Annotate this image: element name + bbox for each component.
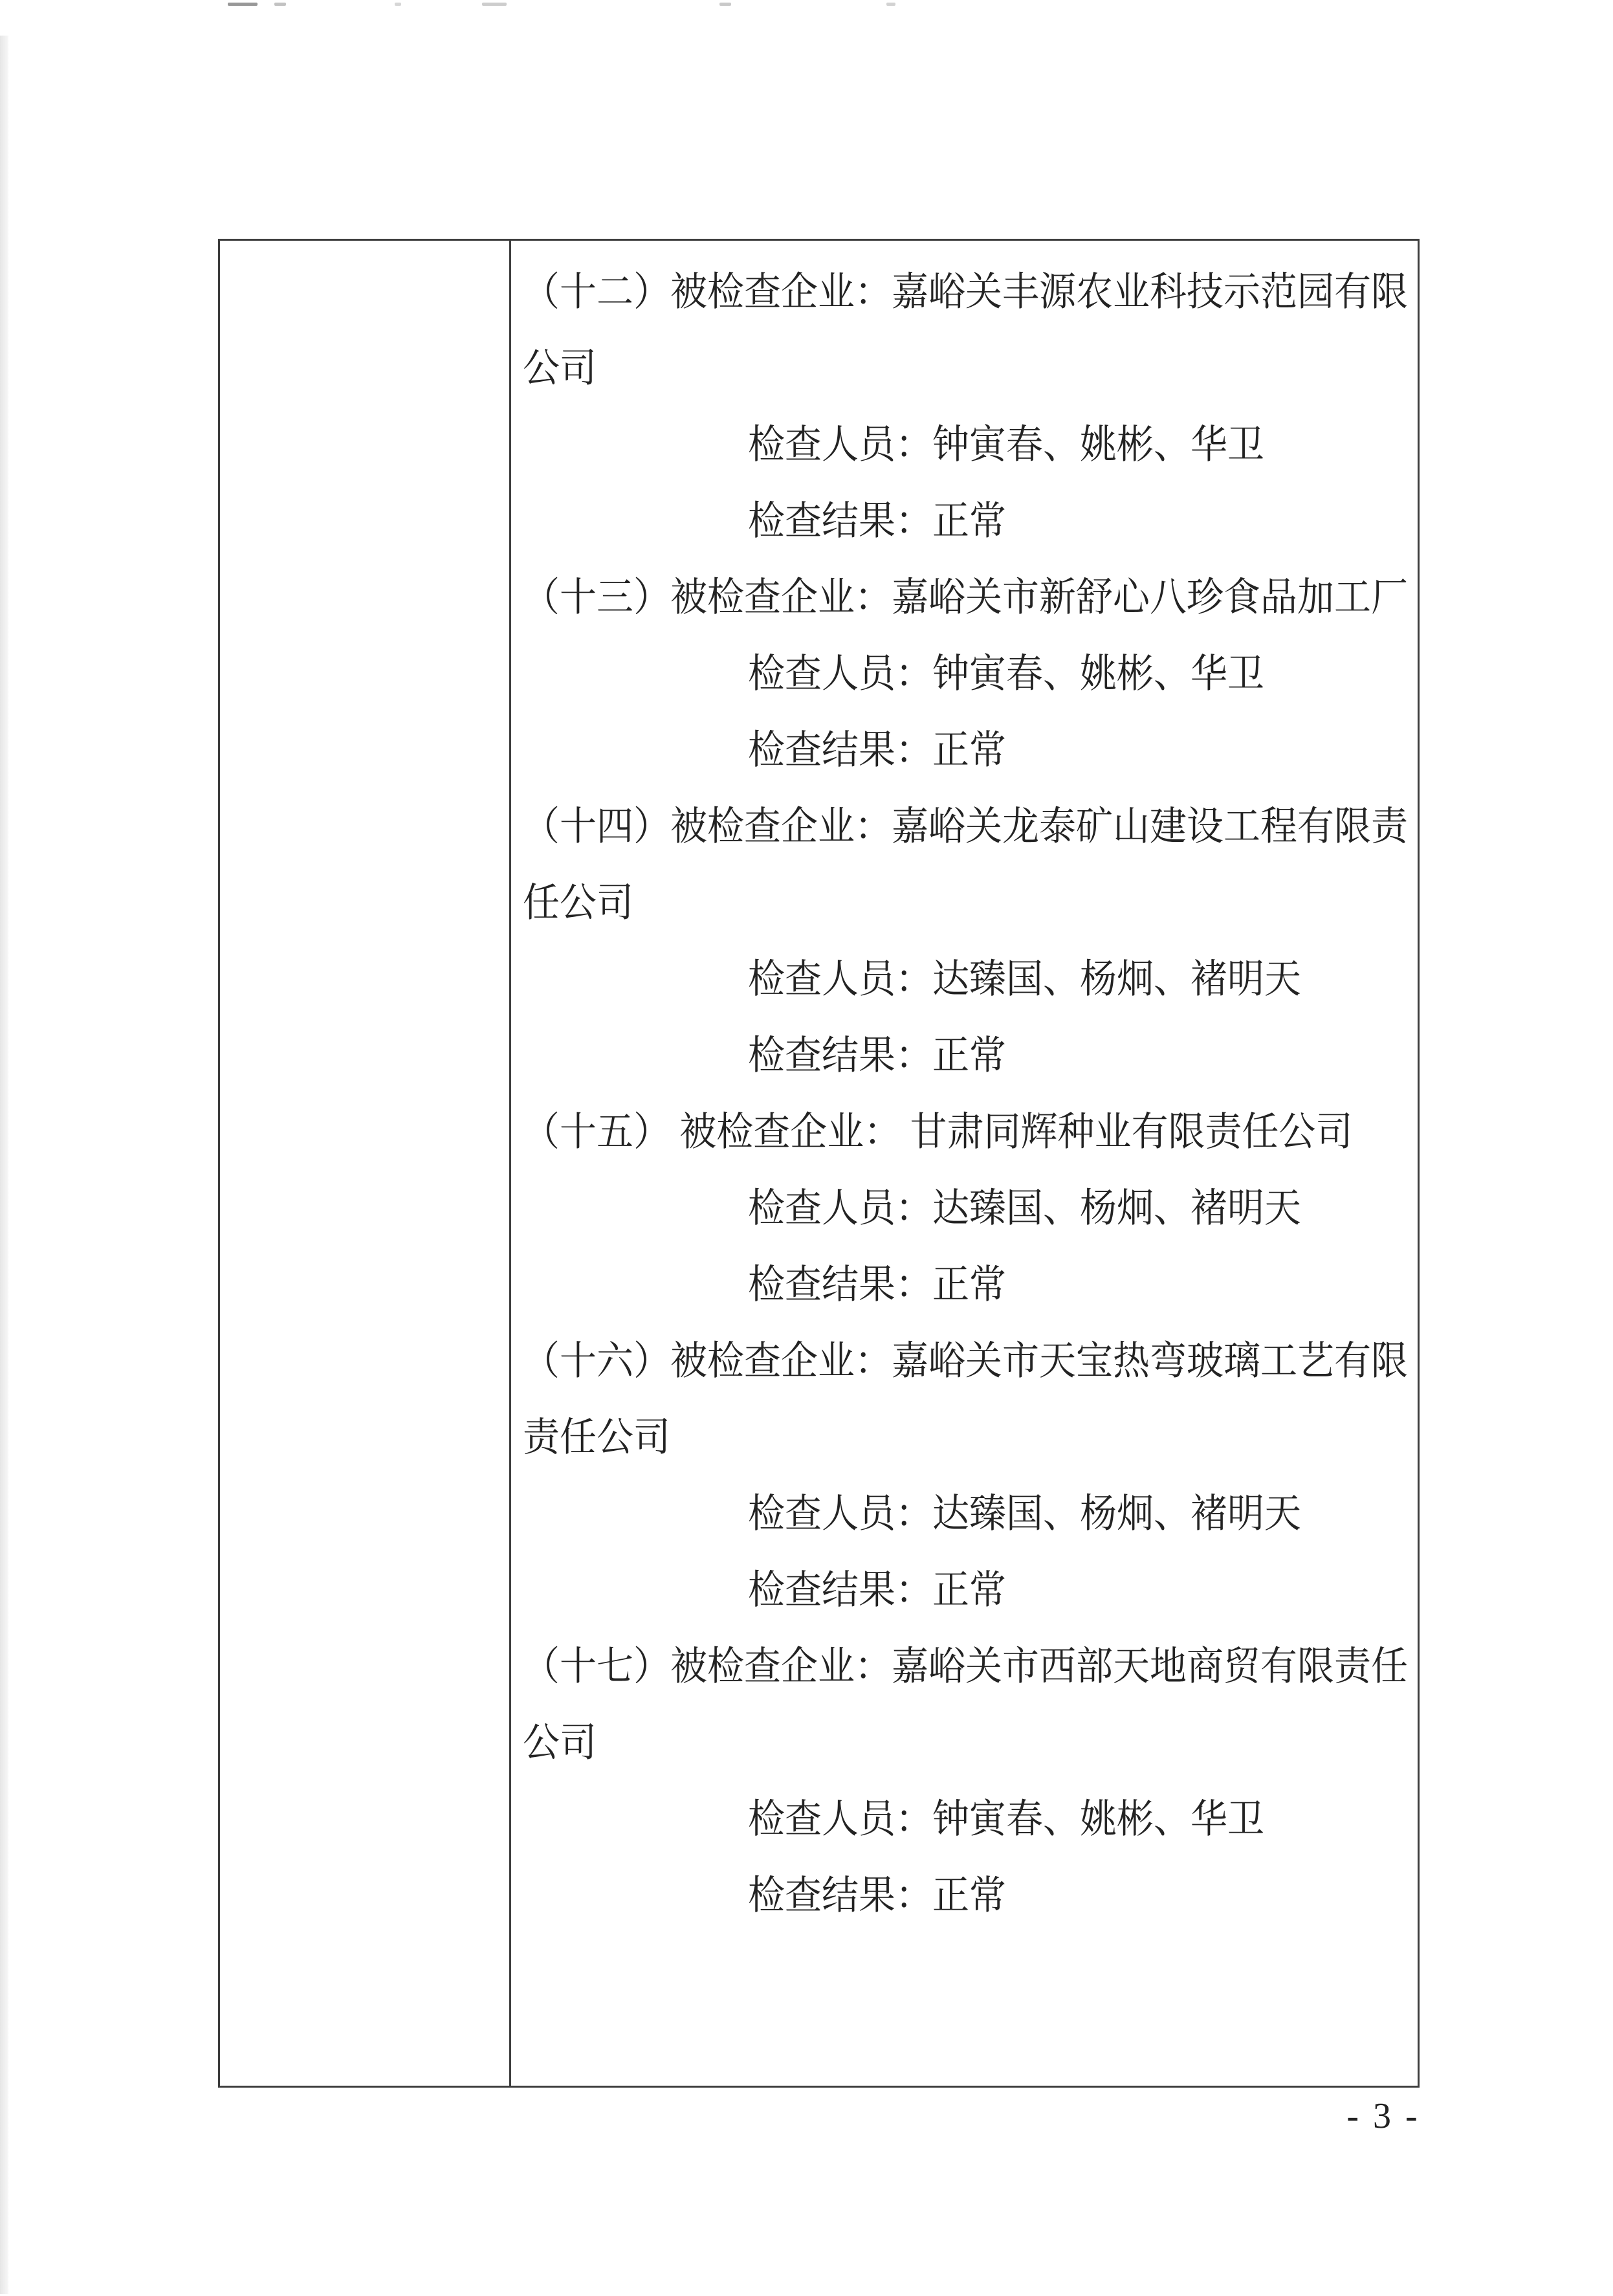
document-page: （十二）被检查企业：嘉峪关丰源农业科技示范园有限公司检查人员：钟寅春、姚彬、华卫… — [0, 0, 1613, 2296]
detail-line: 检查结果：正常 — [523, 1855, 1418, 1937]
detail-line: 检查人员：钟寅春、姚彬、华卫 — [523, 404, 1418, 486]
detail-line: 检查人员：达臻国、杨炯、褚明天 — [523, 1167, 1418, 1250]
entry-line: （十三）被检查企业：嘉峪关市新舒心八珍食品加工厂 — [523, 557, 1418, 639]
detail-line: 检查人员：达臻国、杨炯、褚明天 — [523, 938, 1418, 1021]
detail-line: 检查人员：达臻国、杨炯、褚明天 — [523, 1473, 1418, 1555]
entry-line: （十七）被检查企业：嘉峪关市西部天地商贸有限责任 — [523, 1626, 1418, 1708]
entry-line: 任公司 — [523, 862, 1418, 944]
scan-artifact — [886, 3, 895, 6]
entry-line: 责任公司 — [523, 1396, 1418, 1479]
detail-line: 检查结果：正常 — [523, 1244, 1418, 1326]
entry-line: （十二）被检查企业：嘉峪关丰源农业科技示范园有限 — [523, 251, 1418, 333]
table-label-column — [220, 241, 511, 2086]
detail-line: 检查结果：正常 — [523, 480, 1418, 562]
entry-line: 公司 — [523, 327, 1418, 410]
scan-artifact — [482, 3, 507, 6]
scan-artifact — [395, 3, 401, 6]
page-number: - 3 - — [1312, 2095, 1454, 2137]
entry-line: （十五） 被检查企业： 甘肃同辉种业有限责任公司 — [523, 1091, 1418, 1173]
scan-edge-shadow — [0, 36, 8, 2294]
entry-line: （十四）被检查企业：嘉峪关龙泰矿山建设工程有限责 — [523, 786, 1418, 868]
scan-artifact — [719, 3, 731, 6]
table-text-column: （十二）被检查企业：嘉峪关丰源农业科技示范园有限公司检查人员：钟寅春、姚彬、华卫… — [511, 241, 1418, 2086]
detail-line: 检查人员：钟寅春、姚彬、华卫 — [523, 633, 1418, 715]
scan-artifact — [274, 3, 286, 6]
detail-line: 检查结果：正常 — [523, 709, 1418, 791]
inspection-table: （十二）被检查企业：嘉峪关丰源农业科技示范园有限公司检查人员：钟寅春、姚彬、华卫… — [218, 239, 1420, 2088]
entry-line: （十六）被检查企业：嘉峪关市天宝热弯玻璃工艺有限 — [523, 1320, 1418, 1402]
scan-artifact — [228, 3, 258, 6]
entry-line: 公司 — [523, 1702, 1418, 1784]
detail-line: 检查结果：正常 — [523, 1549, 1418, 1631]
detail-line: 检查人员：钟寅春、姚彬、华卫 — [523, 1778, 1418, 1860]
detail-line: 检查结果：正常 — [523, 1015, 1418, 1097]
